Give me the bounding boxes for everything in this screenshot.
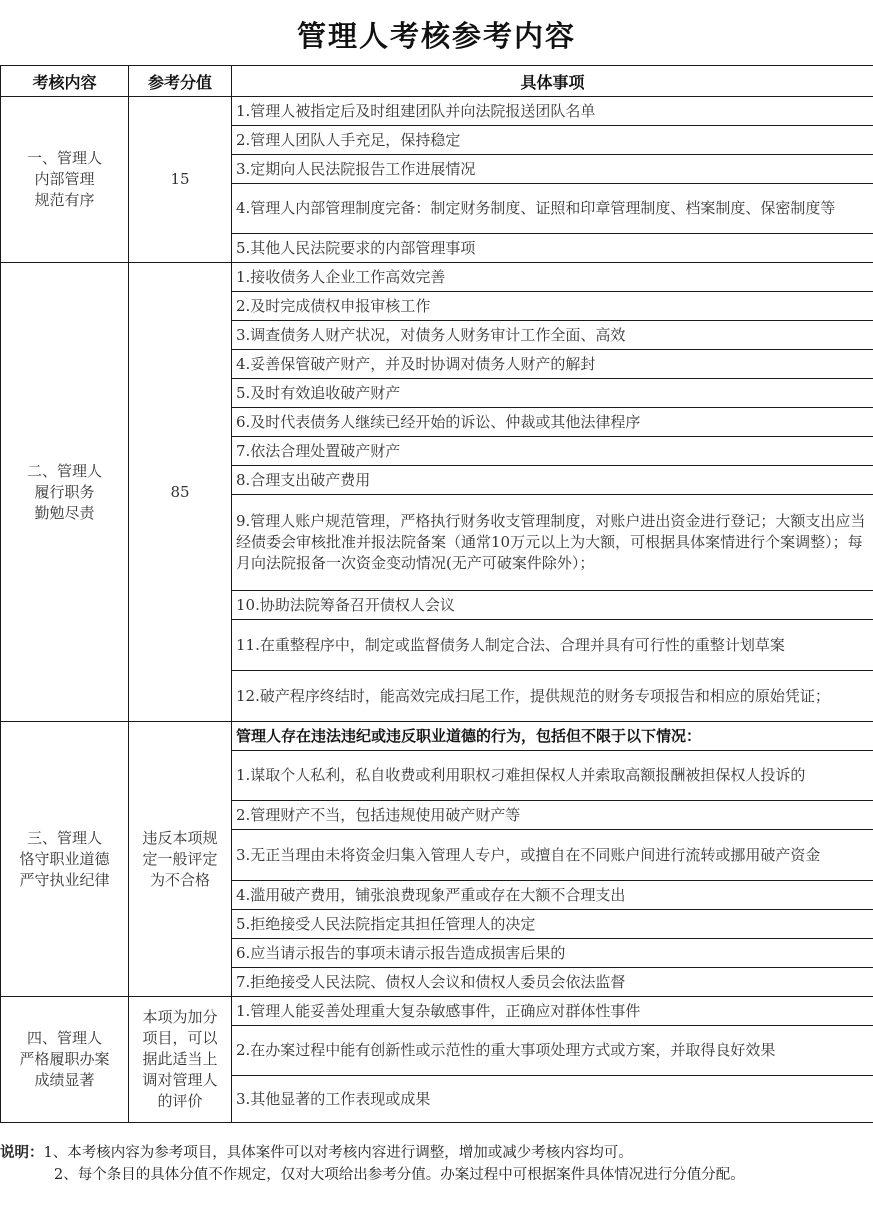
note-line-1: 说明：1、本考核内容为参考项目，具体案件可以对考核内容进行调整，增加或减少考核内… [0,1142,873,1164]
header-score: 参考分值 [129,66,232,97]
section-2-category: 二、管理人 履行职务 勤勉尽责 [1,263,129,722]
category-line: 三、管理人 [1,828,128,849]
score-line: 违反本项规 [129,828,231,849]
category-line: 四、管理人 [1,1028,128,1049]
list-item: 2.在办案过程中能有创新性或示范性的重大事项处理方式或方案，并取得良好效果 [232,1026,873,1076]
header-items: 具体事项 [232,66,873,97]
score-line: 据此适当上 [129,1049,231,1070]
category-line: 一、管理人 [1,148,128,169]
table-row: 三、管理人 恪守职业道德 严守执业纪律 违反本项规 定一般评定 为不合格 管理人… [1,722,873,751]
list-item: 7.依法合理处置破产财产 [232,437,873,466]
list-item: 11.在重整程序中，制定或监督债务人制定合法、合理并具有可行性的重整计划草案 [232,620,873,671]
list-item: 2.管理人团队人手充足，保持稳定 [232,126,873,155]
document-title: 管理人考核参考内容 [0,14,873,55]
score-value: 15 [129,169,231,190]
list-item: 9.管理人账户规范管理，严格执行财务收支管理制度，对账户进出资金进行登记；大额支… [232,495,873,591]
category-line: 恪守职业道德 [1,849,128,870]
section-3-category: 三、管理人 恪守职业道德 严守执业纪律 [1,722,129,997]
section-intro: 管理人存在违法违纪或违反职业道德的行为，包括但不限于以下情况： [232,722,873,751]
notes-section: 说明：1、本考核内容为参考项目，具体案件可以对考核内容进行调整，增加或减少考核内… [0,1142,873,1186]
score-line: 项目，可以 [129,1028,231,1049]
list-item: 2.及时完成债权申报审核工作 [232,292,873,321]
notes-label: 说明： [0,1144,44,1161]
list-item: 1.管理人被指定后及时组建团队并向法院报送团队名单 [232,97,873,126]
category-line: 勤勉尽责 [1,503,128,524]
list-item: 12.破产程序终结时，能高效完成扫尾工作，提供规范的财务专项报告和相应的原始凭证… [232,671,873,722]
list-item: 8.合理支出破产费用 [232,466,873,495]
list-item: 3.无正当理由未将资金归集入管理人专户，或擅自在不同账户间进行流转或挪用破产资金 [232,830,873,881]
list-item: 1.管理人能妥善处理重大复杂敏感事件，正确应对群体性事件 [232,997,873,1026]
section-1-score: 15 [129,97,232,263]
table-header-row: 考核内容 参考分值 具体事项 [1,66,873,97]
score-value: 85 [129,482,231,503]
score-line: 的评价 [129,1091,231,1112]
list-item: 3.定期向人民法院报告工作进展情况 [232,155,873,184]
list-item: 4.妥善保管破产财产，并及时协调对债务人财产的解封 [232,350,873,379]
note-line-2: 2、每个条目的具体分值不作规定，仅对大项给出参考分值。办案过程中可根据案件具体情… [0,1164,873,1186]
list-item: 4.管理人内部管理制度完备：制定财务制度、证照和印章管理制度、档案制度、保密制度… [232,184,873,234]
section-4-score: 本项为加分 项目，可以 据此适当上 调对管理人 的评价 [129,997,232,1123]
section-2-score: 85 [129,263,232,722]
section-4-category: 四、管理人 严格履职办案 成绩显著 [1,997,129,1123]
list-item: 6.及时代表债务人继续已经开始的诉讼、仲裁或其他法律程序 [232,408,873,437]
table-row: 二、管理人 履行职务 勤勉尽责 85 1.接收债务人企业工作高效完善 [1,263,873,292]
list-item: 5.及时有效追收破产财产 [232,379,873,408]
list-item: 10.协助法院筹备召开债权人会议 [232,591,873,620]
score-line: 本项为加分 [129,1007,231,1028]
score-line: 为不合格 [129,870,231,891]
list-item: 1.谋取个人私利，私自收费或利用职权刁难担保权人并索取高额报酬被担保权人投诉的 [232,751,873,801]
note-text-1: 1、本考核内容为参考项目，具体案件可以对考核内容进行调整，增加或减少考核内容均可… [44,1145,633,1161]
category-line: 履行职务 [1,482,128,503]
assessment-table: 考核内容 参考分值 具体事项 一、管理人 内部管理 规范有序 15 1.管理人被… [0,65,873,1123]
table-row: 一、管理人 内部管理 规范有序 15 1.管理人被指定后及时组建团队并向法院报送… [1,97,873,126]
list-item: 3.其他显著的工作表现或成果 [232,1076,873,1123]
list-item: 4.滥用破产费用，铺张浪费现象严重或存在大额不合理支出 [232,881,873,910]
category-line: 规范有序 [1,190,128,211]
category-line: 二、管理人 [1,461,128,482]
category-line: 严守执业纪律 [1,870,128,891]
category-line: 成绩显著 [1,1070,128,1091]
list-item: 5.其他人民法院要求的内部管理事项 [232,234,873,263]
list-item: 6.应当请示报告的事项未请示报告造成损害后果的 [232,939,873,968]
score-line: 定一般评定 [129,849,231,870]
header-category: 考核内容 [1,66,129,97]
score-line: 调对管理人 [129,1070,231,1091]
list-item: 3.调查债务人财产状况，对债务人财务审计工作全面、高效 [232,321,873,350]
list-item: 1.接收债务人企业工作高效完善 [232,263,873,292]
section-3-score: 违反本项规 定一般评定 为不合格 [129,722,232,997]
list-item: 2.管理财产不当，包括违规使用破产财产等 [232,801,873,830]
list-item: 5.拒绝接受人民法院指定其担任管理人的决定 [232,910,873,939]
table-row: 四、管理人 严格履职办案 成绩显著 本项为加分 项目，可以 据此适当上 调对管理… [1,997,873,1026]
section-1-category: 一、管理人 内部管理 规范有序 [1,97,129,263]
list-item: 7.拒绝接受人民法院、债权人会议和债权人委员会依法监督 [232,968,873,997]
category-line: 内部管理 [1,169,128,190]
category-line: 严格履职办案 [1,1049,128,1070]
